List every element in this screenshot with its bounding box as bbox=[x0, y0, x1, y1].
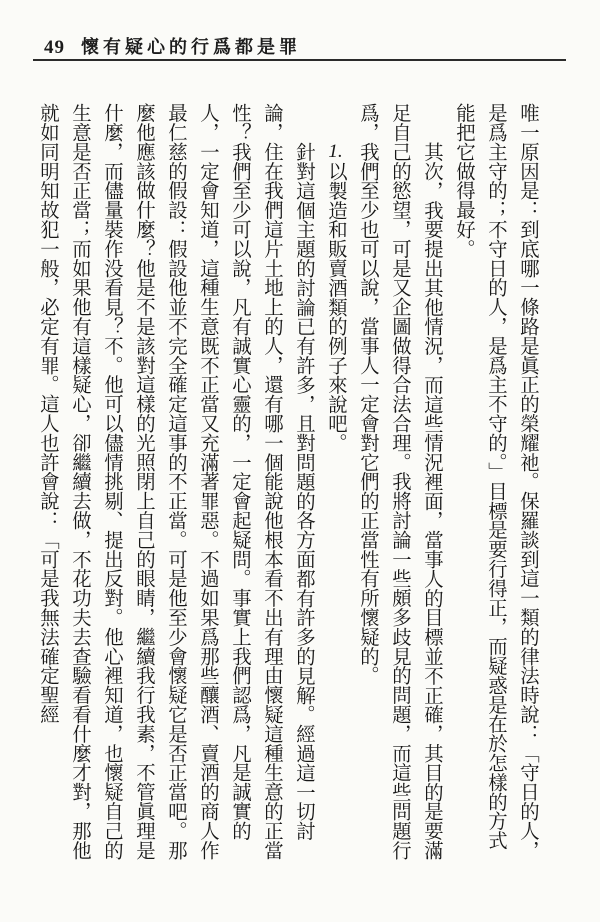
paragraph-continuation: 唯一原因是：到底哪一條路是眞正的榮耀祂。保羅談到這一類的律法時說：「守日的人，是… bbox=[447, 103, 543, 862]
running-title: 懷有疑心的行爲都是罪 bbox=[81, 33, 301, 59]
page-header: 49懷有疑心的行爲都是罪 bbox=[44, 33, 301, 59]
heading-text: 以製造和販賣酒類的例子來說吧。 bbox=[325, 161, 346, 452]
header-rule bbox=[33, 59, 566, 61]
paragraph: 針對這個主題的討論已有許多，且對問題的各方面都有許多的見解。經過這一切討論，住在… bbox=[31, 103, 319, 862]
page-number: 49 bbox=[44, 37, 65, 59]
book-page: 49懷有疑心的行爲都是罪 唯一原因是：到底哪一條路是眞正的榮耀祂。保羅談到這一類… bbox=[0, 0, 600, 922]
body-text: 唯一原因是：到底哪一條路是眞正的榮耀祂。保羅談到這一類的律法時說：「守日的人，是… bbox=[27, 103, 543, 862]
numbered-heading: 1.以製造和販賣酒類的例子來說吧。 bbox=[319, 103, 351, 862]
paragraph: 其次，我要提出其他情況，而這些情況裡面，當事人的目標並不正確，其目的是要滿足自己… bbox=[351, 103, 447, 862]
item-number: 1. bbox=[325, 142, 346, 161]
